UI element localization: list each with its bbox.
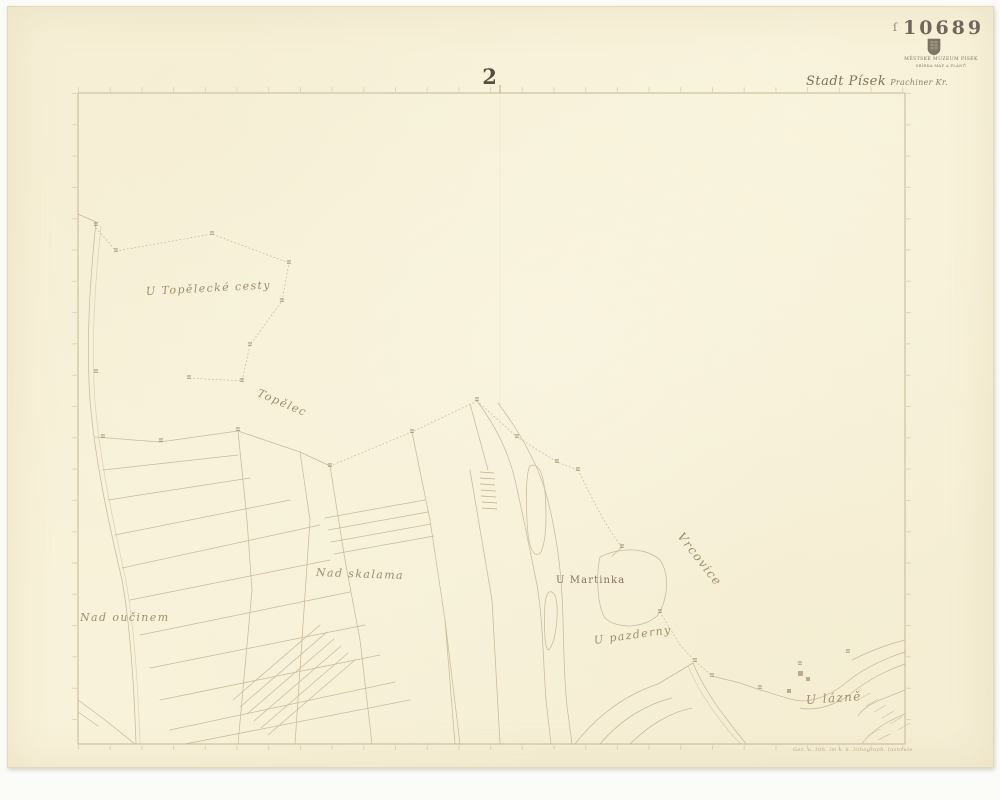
building-symbols	[787, 671, 810, 693]
map-drawing	[0, 0, 1000, 800]
stamp-text-line1: MĚSTSKÉ MUZEUM PÍSEK	[896, 57, 986, 62]
region-title: Stadt PísekPrachiner Kr.	[806, 74, 948, 89]
sheet-number: 2	[470, 64, 510, 89]
printer-imprint: Gez. u. lith. im k. k. lithograph. Insti…	[793, 747, 911, 753]
bank-hatching	[480, 472, 497, 509]
stamp-inventory-number: 10689	[903, 17, 984, 39]
border-frame	[75, 85, 909, 748]
region-subtitle-text: Prachiner Kr.	[890, 78, 948, 87]
region-title-text: Stadt Písek	[806, 74, 886, 89]
scanned-map-sheet: 2 Stadt PísekPrachiner Kr. ſ 10689 MĚSTS…	[0, 0, 1000, 800]
map-label-nad-oucinem: Nad oučinem	[80, 611, 170, 624]
slope-hachures	[858, 693, 910, 740]
stamp-prefix-mark: ſ	[893, 21, 897, 34]
map-label-u-martinka: U Martinka	[556, 575, 625, 586]
stamp-text-line2: SBÍRKA MAP A PLÁNŮ	[896, 63, 986, 68]
